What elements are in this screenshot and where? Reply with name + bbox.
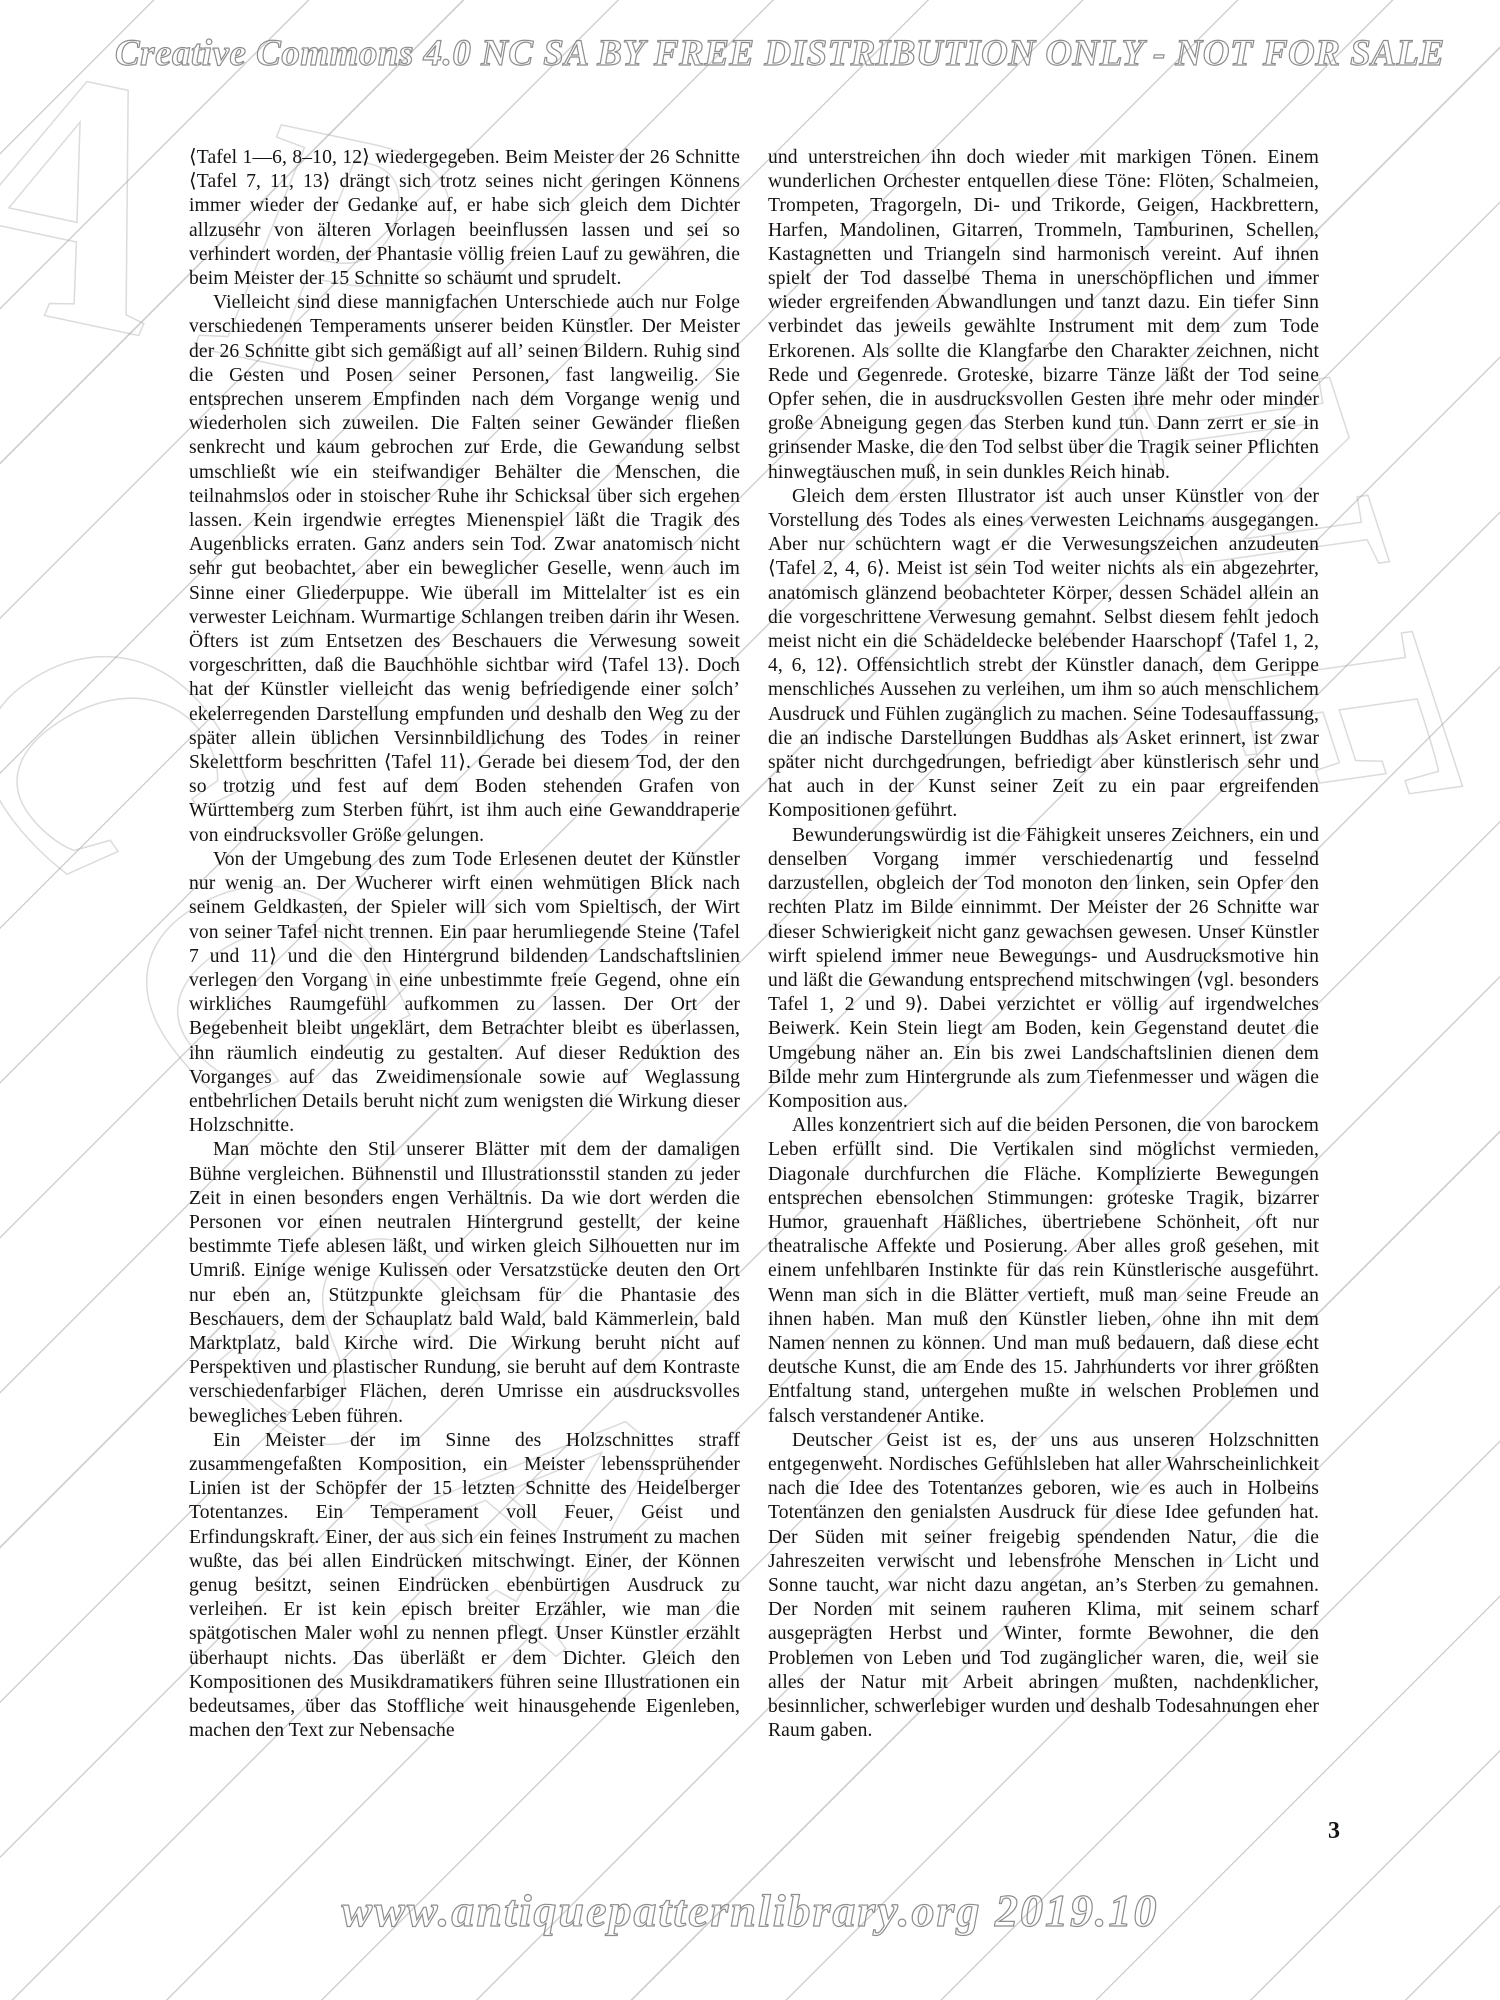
scanned-book-page: AP CC SA NF Creative Commons 4.0 NC SA B… bbox=[0, 0, 1500, 2000]
page-number: 3 bbox=[1280, 1818, 1340, 1845]
paragraph: Deutscher Geist ist es, der uns aus unse… bbox=[768, 1429, 1319, 1744]
paragraph: ⟨Tafel 1—6, 8–10, 12⟩ wiedergegeben. Bei… bbox=[189, 146, 740, 291]
text-column-left: ⟨Tafel 1—6, 8–10, 12⟩ wiedergegeben. Bei… bbox=[189, 146, 740, 1743]
paragraph: Alles konzentriert sich auf die beiden P… bbox=[768, 1114, 1319, 1429]
paragraph: Man möchte den Stil unserer Blätter mit … bbox=[189, 1138, 740, 1428]
text-column-right: und unterstreichen ihn doch wieder mit m… bbox=[768, 146, 1319, 1743]
paragraph: Von der Umgebung des zum Tode Erlesenen … bbox=[189, 848, 740, 1138]
paragraph: Gleich dem ersten Illustrator ist auch u… bbox=[768, 485, 1319, 824]
paragraph: Vielleicht sind diese mannigfachen Unter… bbox=[189, 291, 740, 848]
license-watermark-header: Creative Commons 4.0 NC SA BY FREE DISTR… bbox=[115, 32, 1405, 75]
source-watermark-footer: www.antiquepatternlibrary.org 2019.10 bbox=[0, 1884, 1500, 1937]
paragraph: Bewunderungswürdig ist die Fähigkeit uns… bbox=[768, 824, 1319, 1114]
paragraph: und unterstreichen ihn doch wieder mit m… bbox=[768, 146, 1319, 485]
paragraph: Ein Meister der im Sinne des Holzschnitt… bbox=[189, 1429, 740, 1744]
